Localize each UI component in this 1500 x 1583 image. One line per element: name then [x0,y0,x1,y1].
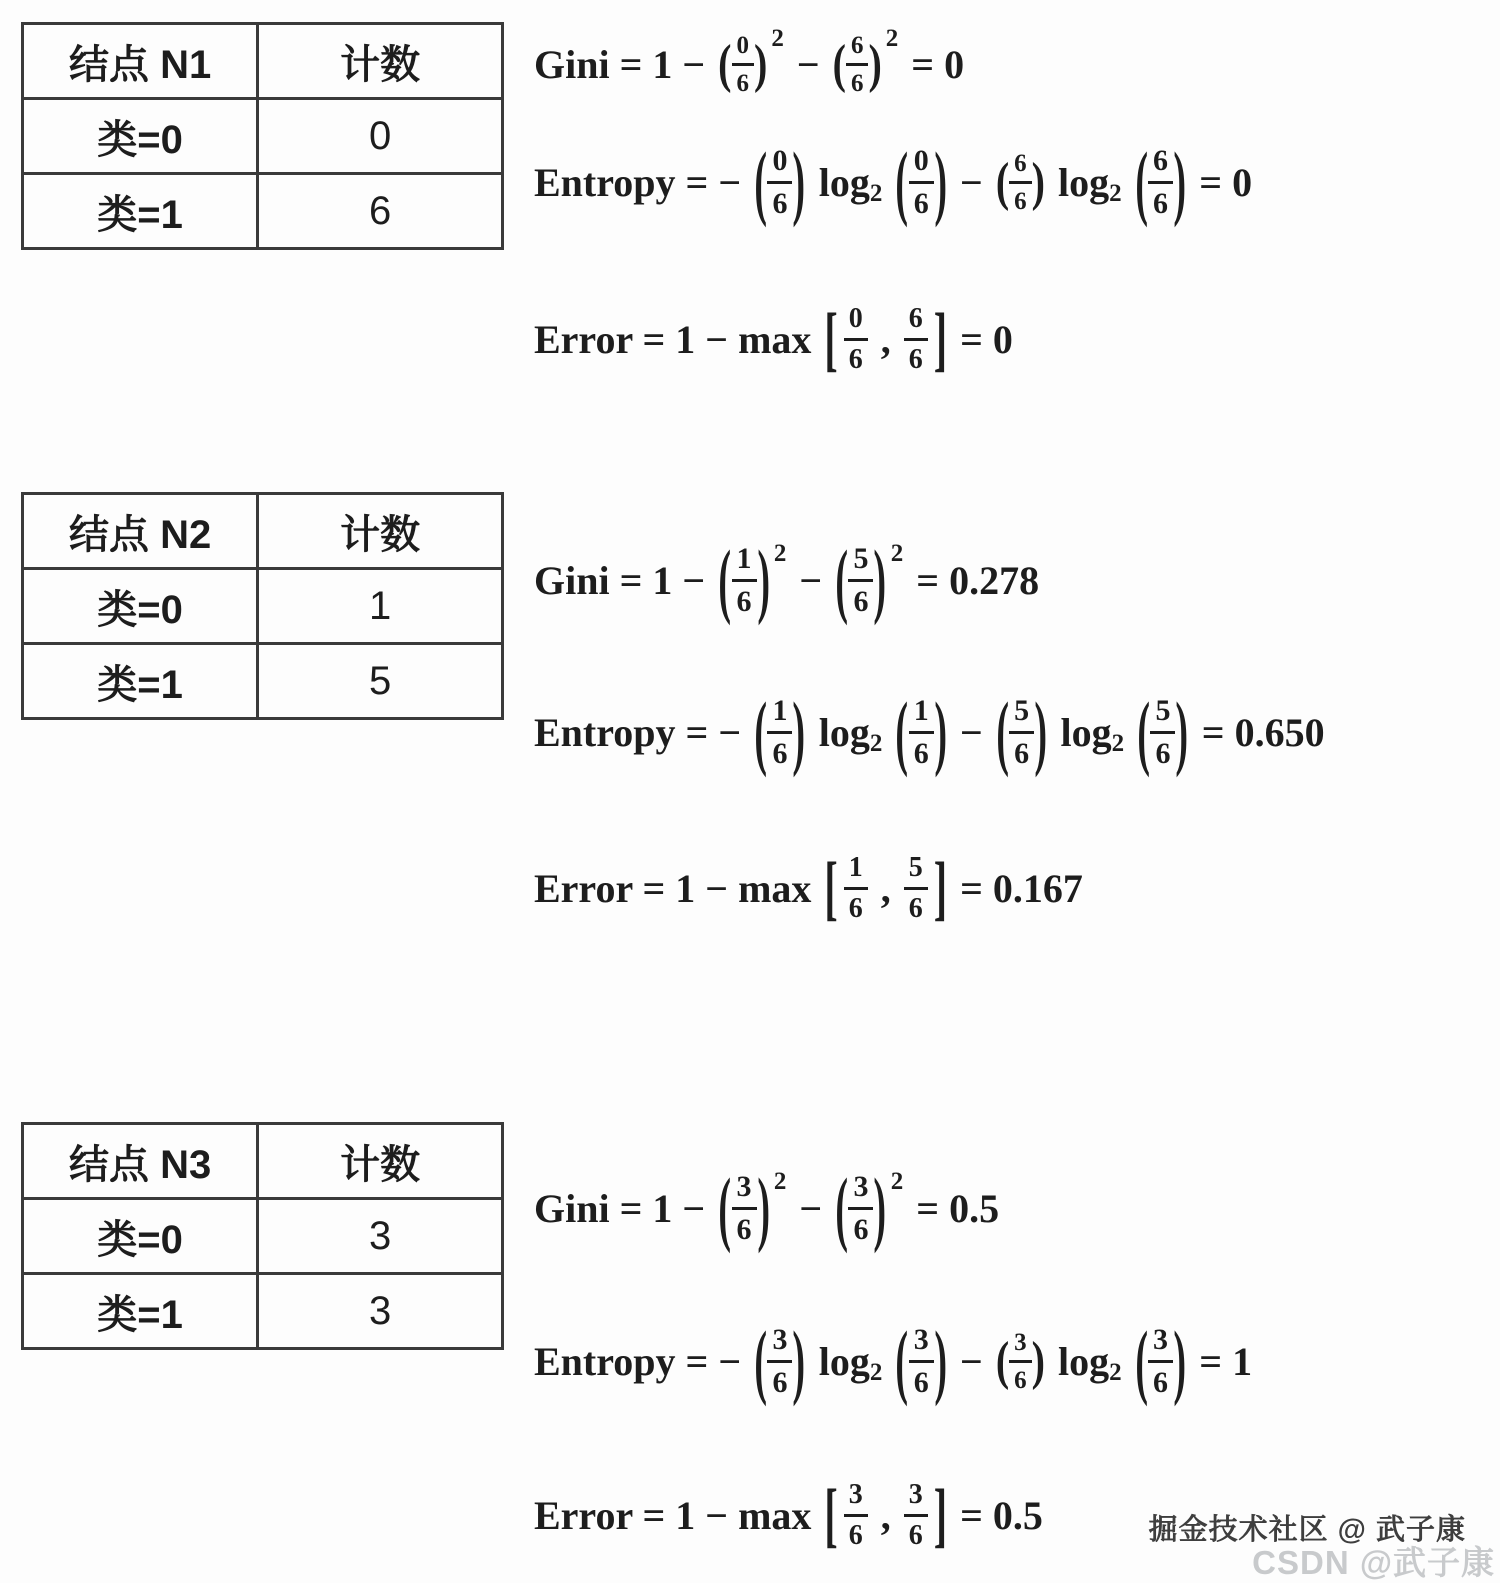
close-paren-glyph: ) [793,1319,806,1403]
numerator: 3 [904,1481,928,1514]
numerator: 3 [848,1172,873,1207]
fraction: 66 [846,33,869,96]
math-text: Gini = 1 − [534,41,715,88]
denominator: 6 [1009,731,1034,769]
open-paren-glyph: ( [896,690,909,774]
count-cell: 1 [258,569,503,644]
open-paren-glyph: ( [835,538,848,622]
class-label-cell: 类=0 [23,569,258,644]
n1-gini-formula: Gini = 1 − (06)2 − (66)2 = 0 [534,28,964,100]
open-bracket-glyph: [ [824,303,837,375]
class-label-cell: 类=1 [23,174,258,249]
denominator: 6 [1150,731,1175,769]
math-text [882,159,892,206]
open-bracket-glyph: [ [824,852,837,924]
open-paren-glyph: ( [996,1334,1009,1388]
close-paren-glyph: ) [757,538,770,622]
close-bracket-glyph: ] [934,303,947,375]
denominator: 6 [909,1360,934,1398]
node-header-cell: 结点 N3 [23,1124,258,1199]
superscript: 2 [771,25,784,53]
numerator: 3 [844,1481,868,1514]
math-text: − [950,709,993,756]
fraction-group: 36 [844,1481,868,1550]
n1-error-formula: Error = 1 − max [06 , 66] = 0 [534,292,1013,386]
close-bracket-glyph: ] [934,1479,947,1551]
close-paren-glyph: ) [1176,690,1189,774]
fraction-group: (56)2 [835,544,903,617]
fraction: 06 [732,33,755,96]
close-paren-glyph: ) [793,140,806,224]
math-text: = 0.278 [906,557,1039,604]
math-text: Entropy = − [534,159,751,206]
document-canvas: 结点 N1 计数 类=0 0 类=1 6 Gini = 1 − (06)2 − … [0,0,1500,1583]
fraction: 36 [844,1481,868,1550]
count-cell: 3 [258,1199,503,1274]
close-paren-glyph: ) [757,1166,770,1250]
node-table-n2: 结点 N2 计数 类=0 1 类=1 5 [21,492,504,720]
subscript: 2 [870,1359,883,1387]
math-text: = 0.167 [950,865,1083,912]
math-text: log [809,1338,870,1385]
math-text: log [809,159,870,206]
class-label-cell: 类=1 [23,1274,258,1349]
fraction: 36 [1148,1325,1173,1398]
fraction-group: 56 [904,854,928,923]
n3-error-formula: Error = 1 − max [36 , 36] = 0.5 [534,1473,1043,1557]
table-row: 类=1 3 [23,1274,503,1349]
denominator: 6 [767,731,792,769]
n1-entropy-formula: Entropy = − (06) log2 (06) − (66) log2 (… [534,130,1252,234]
fraction: 06 [909,146,934,219]
numerator: 1 [909,696,934,731]
count-cell: 0 [258,99,503,174]
denominator: 6 [846,63,869,96]
class-label-cell: 类=0 [23,1199,258,1274]
numerator: 5 [848,544,873,579]
close-bracket-glyph: ] [934,852,947,924]
n3-entropy-formula: Entropy = − (36) log2 (36) − (36) log2 (… [534,1312,1252,1410]
table-row: 类=0 1 [23,569,503,644]
math-text: − [950,1338,993,1385]
denominator: 6 [1148,1360,1173,1398]
open-paren-glyph: ( [754,1319,767,1403]
math-text [882,709,892,756]
node-header-cell: 结点 N1 [23,24,258,99]
count-header-cell: 计数 [258,24,503,99]
n2-entropy-formula: Entropy = − (16) log2 (16) − (56) log2 (… [534,683,1325,781]
fraction-group: (36)2 [718,1172,786,1245]
numerator: 6 [846,33,869,63]
fraction-group: (16) [754,696,806,769]
fraction-group: (56) [996,696,1048,769]
numerator: 0 [909,146,934,181]
superscript: 2 [891,1168,904,1196]
numerator: 3 [1148,1325,1173,1360]
open-bracket-glyph: [ [824,1479,837,1551]
fraction: 56 [904,854,928,923]
math-text: log [809,709,870,756]
table-row: 类=0 0 [23,99,503,174]
count-cell: 3 [258,1274,503,1349]
open-paren-glyph: ( [835,1166,848,1250]
fraction-group: (16)2 [718,544,786,617]
superscript: 2 [886,25,899,53]
close-paren-glyph: ) [874,1166,887,1250]
denominator: 6 [904,338,928,374]
class-label-cell: 类=0 [23,99,258,174]
table-header-row: 结点 N3 计数 [23,1124,503,1199]
fraction-group: 36 [904,1481,928,1550]
numerator: 6 [1148,146,1173,181]
fraction: 66 [1148,146,1173,219]
n3-gini-formula: Gini = 1 − (36)2 − (36)2 = 0.5 [534,1160,999,1256]
fraction-group: (36) [895,1325,947,1398]
open-paren-glyph: ( [996,155,1009,209]
fraction-group: (36)2 [835,1172,903,1245]
subscript: 2 [870,730,883,758]
close-paren-glyph: ) [934,1319,947,1403]
count-header-cell: 计数 [258,1124,503,1199]
fraction-group: (36) [996,1330,1045,1393]
fraction: 06 [767,146,792,219]
fraction: 56 [848,544,873,617]
close-paren-glyph: ) [868,37,881,91]
superscript: 2 [774,540,787,568]
denominator: 6 [732,63,755,96]
denominator: 6 [844,887,868,923]
math-text: , [871,1492,901,1539]
numerator: 6 [904,305,928,338]
table-header-row: 结点 N2 计数 [23,494,503,569]
open-paren-glyph: ( [833,37,846,91]
close-paren-glyph: ) [1032,1334,1045,1388]
close-paren-glyph: ) [934,690,947,774]
fraction: 16 [844,854,868,923]
math-text: log [1048,159,1109,206]
math-text: = 0 [950,316,1013,363]
denominator: 6 [844,1514,868,1550]
close-paren-glyph: ) [1173,140,1186,224]
open-paren-glyph: ( [754,690,767,774]
math-text: log [1048,1338,1109,1385]
fraction: 56 [1150,696,1175,769]
fraction: 16 [732,544,757,617]
open-paren-glyph: ( [719,538,732,622]
count-cell: 6 [258,174,503,249]
math-text: = 0.5 [906,1185,999,1232]
math-text: − [789,557,832,604]
fraction-group: (06)2 [718,33,784,96]
math-text: = 1 [1189,1338,1252,1385]
fraction-group: (06) [895,146,947,219]
fraction: 36 [732,1172,757,1245]
math-text: − [787,41,830,88]
open-paren-glyph: ( [896,140,909,224]
math-text: = 0 [1189,159,1252,206]
denominator: 6 [767,181,792,219]
math-text: = 0 [901,41,964,88]
open-paren-glyph: ( [754,140,767,224]
denominator: 6 [909,731,934,769]
numerator: 5 [1150,696,1175,731]
open-paren-glyph: ( [1135,140,1148,224]
denominator: 6 [732,579,757,617]
open-paren-glyph: ( [896,1319,909,1403]
denominator: 6 [1009,1360,1032,1393]
numerator: 5 [1009,696,1034,731]
denominator: 6 [909,181,934,219]
subscript: 2 [1109,180,1122,208]
math-text [1122,159,1132,206]
fraction-group: (06) [754,146,806,219]
fraction: 36 [1009,1330,1032,1393]
fraction: 66 [904,305,928,374]
fraction: 36 [909,1325,934,1398]
superscript: 2 [891,540,904,568]
fraction: 36 [848,1172,873,1245]
fraction-group: (36) [1135,1325,1187,1398]
fraction-group: (56) [1137,696,1189,769]
numerator: 5 [904,854,928,887]
math-text: , [871,865,901,912]
numerator: 1 [844,854,868,887]
numerator: 1 [767,696,792,731]
node-table-n3: 结点 N3 计数 类=0 3 类=1 3 [21,1122,504,1350]
math-text: Error = 1 − max [534,865,821,912]
count-header-cell: 计数 [258,494,503,569]
table-row: 类=1 6 [23,174,503,249]
fraction-group: (36) [754,1325,806,1398]
close-paren-glyph: ) [934,140,947,224]
math-text: Error = 1 − max [534,1492,821,1539]
denominator: 6 [844,338,868,374]
fraction: 56 [1009,696,1034,769]
numerator: 3 [1009,1330,1032,1360]
close-paren-glyph: ) [1032,155,1045,209]
open-paren-glyph: ( [718,37,731,91]
close-paren-glyph: ) [874,538,887,622]
node-table-n1: 结点 N1 计数 类=0 0 类=1 6 [21,22,504,250]
fraction-group: 66 [904,305,928,374]
denominator: 6 [904,887,928,923]
math-text: Entropy = − [534,1338,751,1385]
math-text [1124,709,1134,756]
node-header-cell: 结点 N2 [23,494,258,569]
fraction: 36 [904,1481,928,1550]
denominator: 6 [1009,181,1032,214]
table-row: 类=0 3 [23,1199,503,1274]
watermark-csdn: CSDN @武子康 [1252,1537,1495,1583]
fraction-group: 16 [844,854,868,923]
numerator: 1 [732,544,757,579]
n2-gini-formula: Gini = 1 − (16)2 − (56)2 = 0.278 [534,532,1039,628]
open-paren-glyph: ( [1135,1319,1148,1403]
close-paren-glyph: ) [1035,690,1048,774]
open-paren-glyph: ( [1137,690,1150,774]
fraction: 66 [1009,151,1032,214]
math-text [1122,1338,1132,1385]
table-row: 类=1 5 [23,644,503,719]
math-text: − [789,1185,832,1232]
math-text: Entropy = − [534,709,751,756]
fraction: 06 [844,305,868,374]
denominator: 6 [904,1514,928,1550]
close-paren-glyph: ) [793,690,806,774]
subscript: 2 [870,180,883,208]
math-text: Error = 1 − max [534,316,821,363]
fraction: 16 [909,696,934,769]
numerator: 0 [732,33,755,63]
open-paren-glyph: ( [996,690,1009,774]
numerator: 3 [767,1325,792,1360]
numerator: 0 [844,305,868,338]
denominator: 6 [767,1360,792,1398]
denominator: 6 [732,1207,757,1245]
fraction: 36 [767,1325,792,1398]
n2-error-formula: Error = 1 − max [16 , 56] = 0.167 [534,846,1083,930]
fraction: 16 [767,696,792,769]
fraction-group: (16) [895,696,947,769]
math-text: Gini = 1 − [534,557,715,604]
denominator: 6 [848,579,873,617]
open-paren-glyph: ( [719,1166,732,1250]
numerator: 0 [767,146,792,181]
class-label-cell: 类=1 [23,644,258,719]
math-text: log [1051,709,1112,756]
subscript: 2 [1109,1359,1122,1387]
math-text: = 0.650 [1192,709,1325,756]
fraction-group: (66)2 [833,33,899,96]
table-header-row: 结点 N1 计数 [23,24,503,99]
math-text: , [871,316,901,363]
denominator: 6 [848,1207,873,1245]
denominator: 6 [1148,181,1173,219]
math-text: − [950,159,993,206]
math-text [882,1338,892,1385]
fraction-group: 06 [844,305,868,374]
close-paren-glyph: ) [1173,1319,1186,1403]
close-paren-glyph: ) [754,37,767,91]
numerator: 3 [732,1172,757,1207]
math-text: Gini = 1 − [534,1185,715,1232]
superscript: 2 [774,1168,787,1196]
count-cell: 5 [258,644,503,719]
fraction-group: (66) [1135,146,1187,219]
math-text: = 0.5 [950,1492,1043,1539]
numerator: 6 [1009,151,1032,181]
subscript: 2 [1112,730,1125,758]
numerator: 3 [909,1325,934,1360]
fraction-group: (66) [996,151,1045,214]
